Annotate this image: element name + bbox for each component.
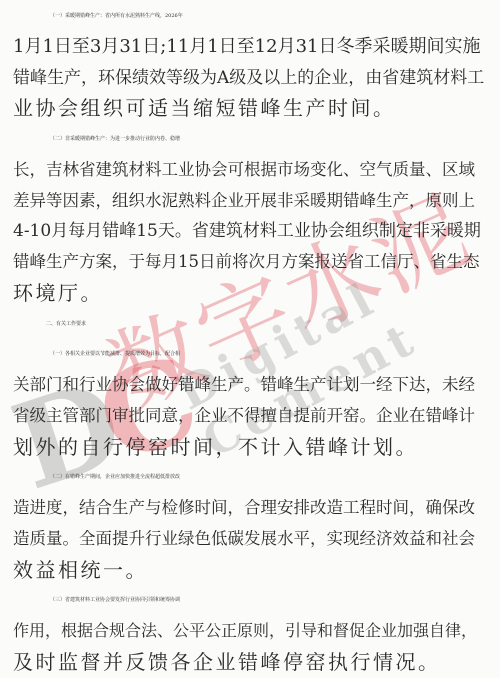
- paragraph-line: 造质量。全面提升行业绿色低碳发展水平，实现经济效益和社会: [13, 524, 487, 554]
- paragraph-line: 长，吉林省建筑材料工业协会可根据市场变化、空气质量、区域: [13, 155, 487, 185]
- paragraph-line: 效益相统一。: [13, 555, 487, 585]
- paragraph-line: 业协会组织可适当缩短错峰生产时间。: [13, 93, 487, 123]
- paragraph-line: （一）采暖期错峰生产：省内所有水泥熟料生产线，2026年: [50, 1, 500, 31]
- document-page: DC 数字水泥 Digital Cement （一）采暖期错峰生产：省内所有水泥…: [0, 0, 500, 678]
- paragraph-line: 4-10月每月错峰15天。省建筑材料工业协会组织制定非采暖期: [13, 216, 487, 246]
- paragraph-line: 错峰生产，环保绩效等级为A级及以上的企业，由省建筑材料工: [13, 63, 487, 93]
- paragraph-line: （二）在错峰生产期间，企业应加快推进全流程超低排放改: [50, 462, 500, 492]
- paragraph-line: 关部门和行业协会做好错峰生产。错峰生产计划一经下达，未经: [13, 370, 487, 400]
- paragraph-line: 及时监督并反馈各企业错峰停窑执行情况。: [13, 647, 487, 677]
- paragraph-line: 划外的自行停窑时间，不计入错峰计划。: [13, 432, 487, 462]
- paragraph-line: 造进度，结合生产与检修时间，合理安排改造工程时间，确保改: [13, 493, 487, 523]
- paragraph-line: （一）各相关企业要以节能减排、提质增效为目标，配合相: [50, 339, 500, 369]
- paragraph-line: 1月1日至3月31日;11月1日至12月31日冬季采暖期间实施: [13, 32, 487, 62]
- paragraph-line: 错峰生产方案，于每月15日前将次月方案报送省工信厅、省生态: [13, 247, 487, 277]
- paragraph-line: 作用，根据合规合法、公平公正原则，引导和督促企业加强自律，: [13, 616, 487, 646]
- paragraph-line: （三）省建筑材料工业协会要发挥行业协同引领和统筹协调: [50, 585, 500, 615]
- paragraph-line: 省级主管部门审批同意，企业不得擅自提前开窑。企业在错峰计: [13, 401, 487, 431]
- paragraph-line: （二）非采暖期错峰生产：为进一步推动行业防内卷、稳增: [50, 124, 500, 154]
- paragraph-line: 环境厅。: [13, 278, 487, 308]
- section-heading: 二、有关工作要求: [46, 309, 500, 339]
- paragraph-line: 差异等因素，组织水泥熟料企业开展非采暖期错峰生产，原则上: [13, 186, 487, 216]
